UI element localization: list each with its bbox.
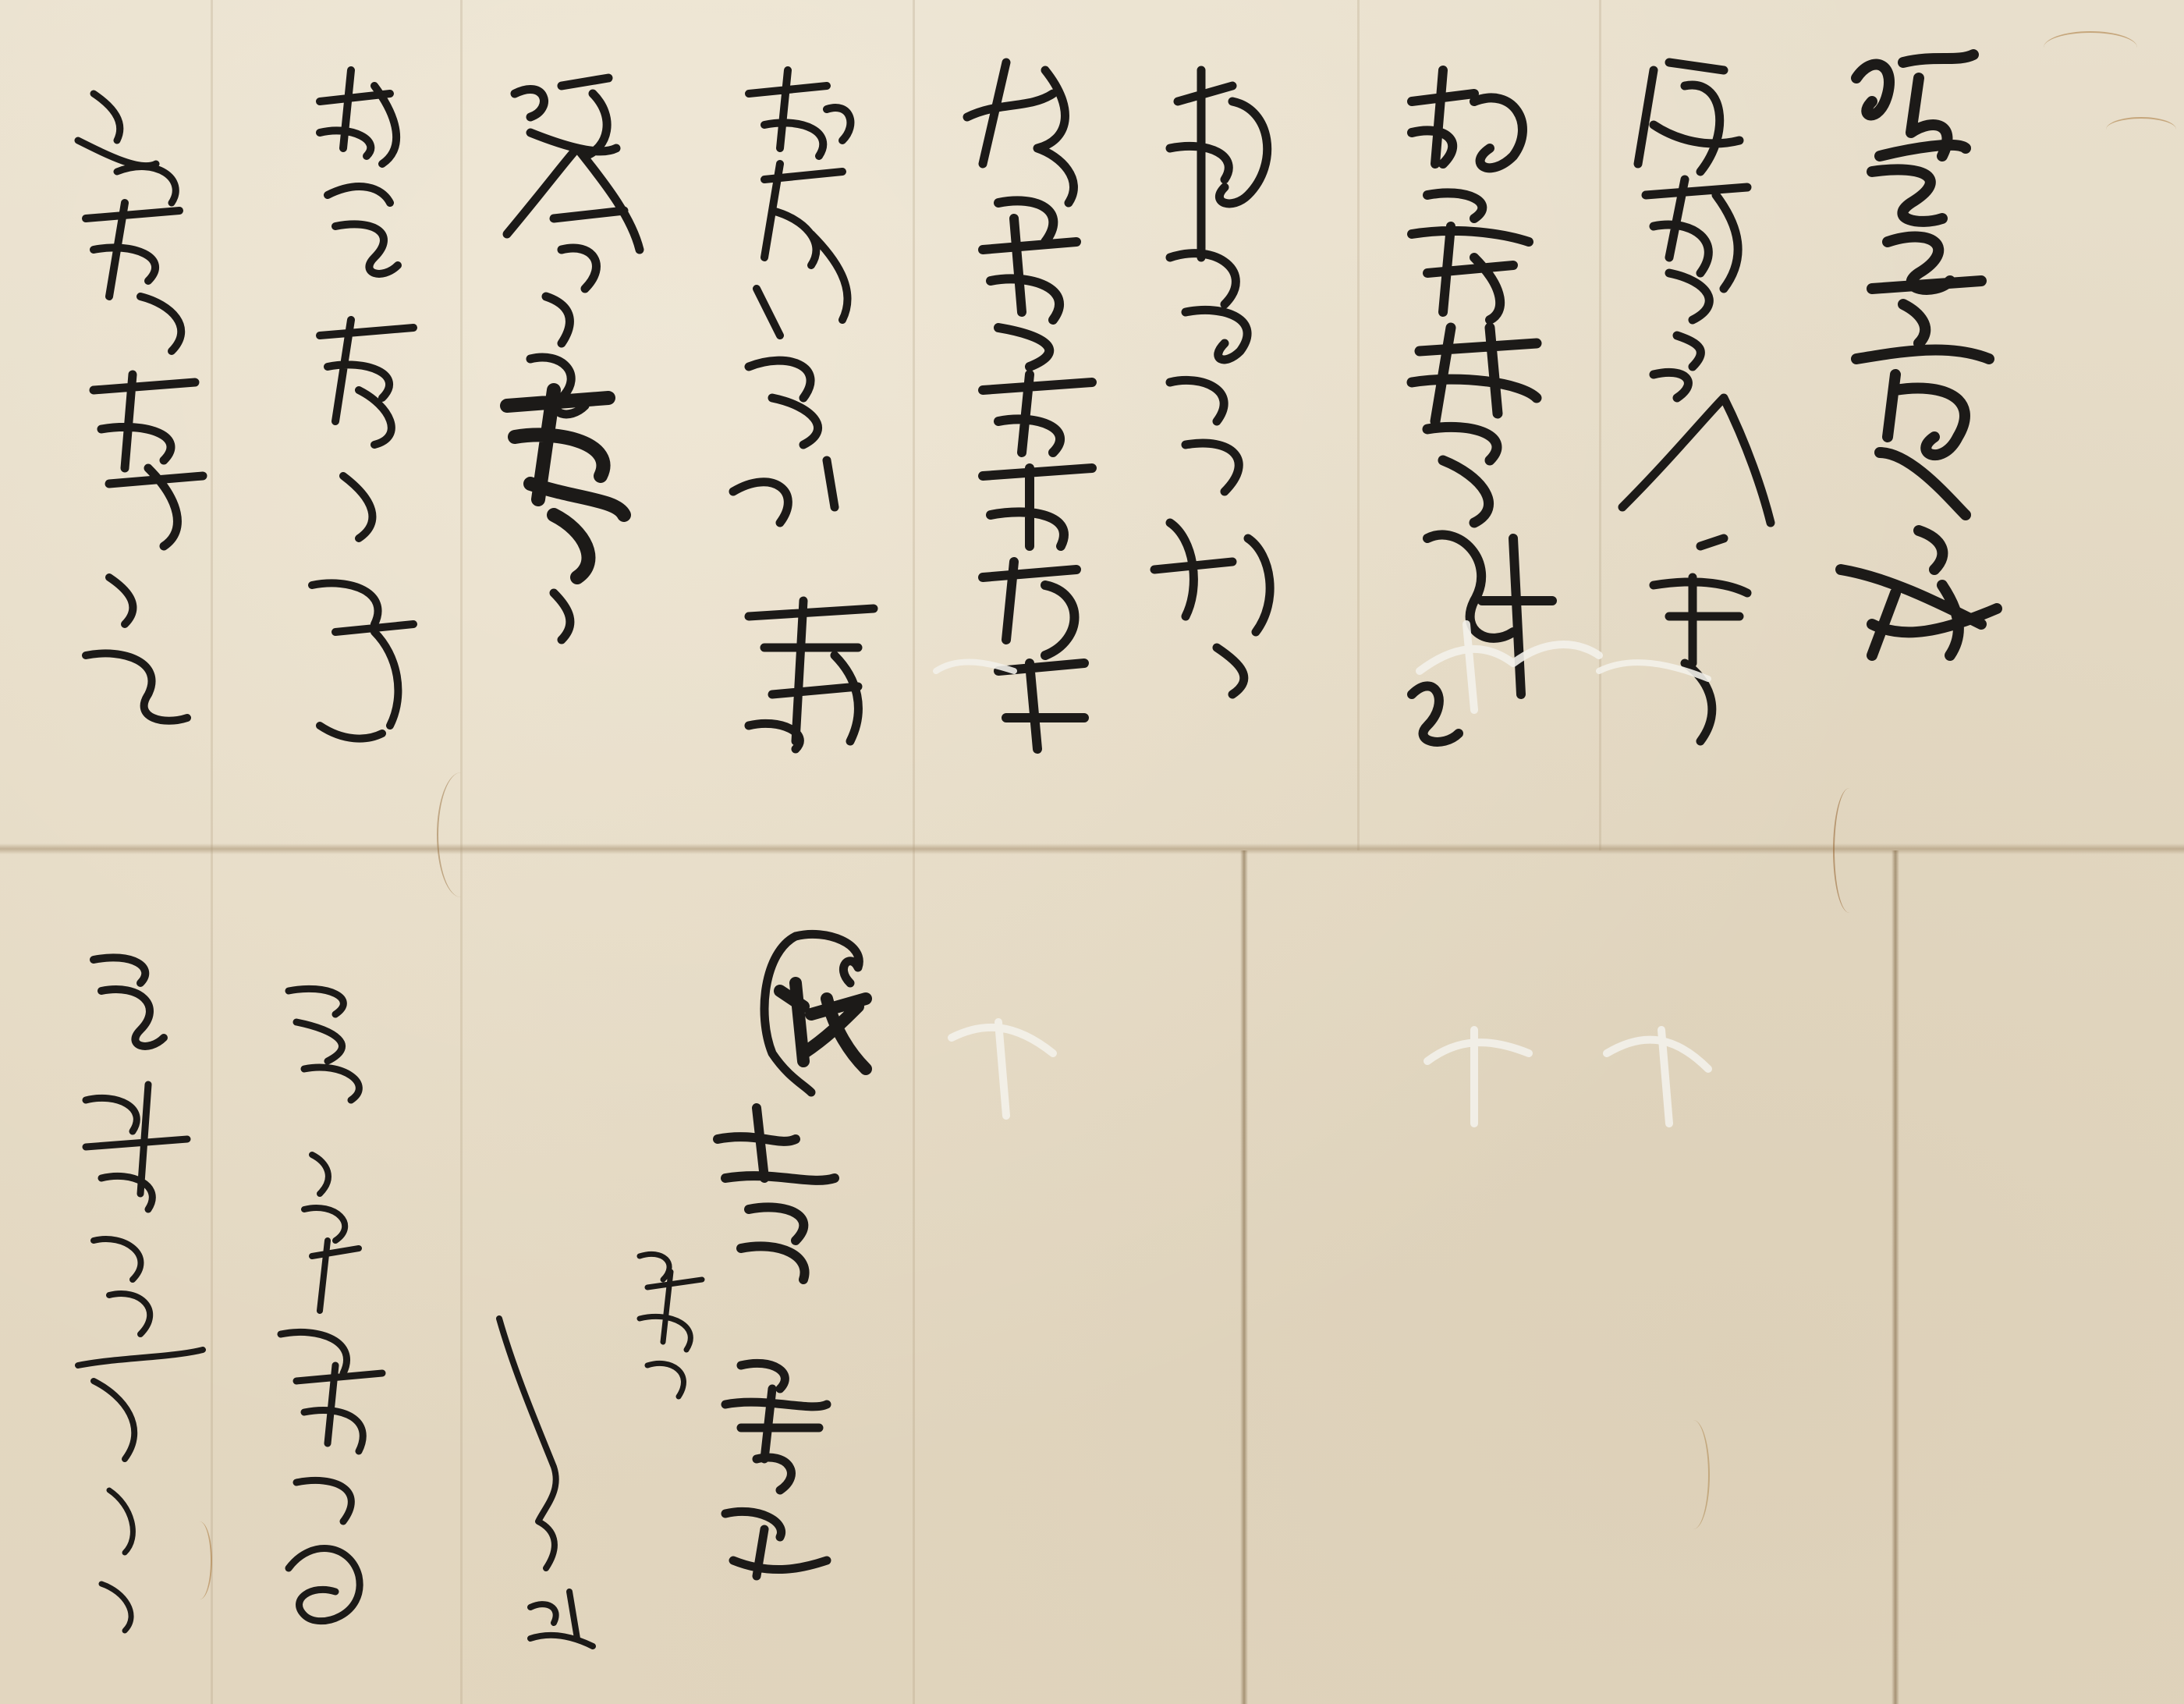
- paper-fiber: [1677, 1420, 1710, 1529]
- vertical-fold-line: [1240, 850, 1248, 1704]
- repair-mark: [1412, 1014, 1552, 1139]
- document-paper: Main body text: [0, 0, 2184, 1704]
- vertical-fold-line: [1891, 850, 1899, 1704]
- text-column-6: [718, 55, 897, 772]
- signature-column: [710, 1092, 866, 1638]
- text-column-8: [289, 55, 445, 772]
- document-description: Handwritten Japanese letter (cursive sōs…: [0, 0, 1, 1]
- text-column-9: [62, 62, 234, 765]
- text-column-4: [1139, 55, 1310, 757]
- paper-fiber: [2044, 31, 2137, 64]
- letter-body-label: Main body text: [0, 0, 1, 1]
- document-layout: Vertical columns read right-to-left; upp…: [0, 0, 1, 1]
- text-column-1: [1825, 31, 2005, 765]
- repair-mark: [920, 640, 1030, 702]
- addressee-column: [265, 975, 421, 1662]
- repair-mark: [1591, 1014, 1732, 1139]
- postscript-column: [62, 944, 218, 1646]
- letter-closing-label: Closing, signature and address: [0, 0, 1, 1]
- kao-signature-monogram: Kaō (stylized signature monogram): [733, 921, 889, 1108]
- side-annotation: [624, 1233, 725, 1412]
- repair-mark: [936, 1006, 1076, 1131]
- paper-fiber: [1833, 788, 1866, 913]
- paper-fiber: [2106, 117, 2176, 142]
- paper-crease: [1357, 0, 1360, 850]
- paper-crease: [913, 0, 915, 1704]
- date-column: [484, 1311, 624, 1654]
- text-column-7: [484, 62, 663, 765]
- repair-mark: [1583, 640, 1724, 702]
- paper-fiber: [437, 772, 485, 897]
